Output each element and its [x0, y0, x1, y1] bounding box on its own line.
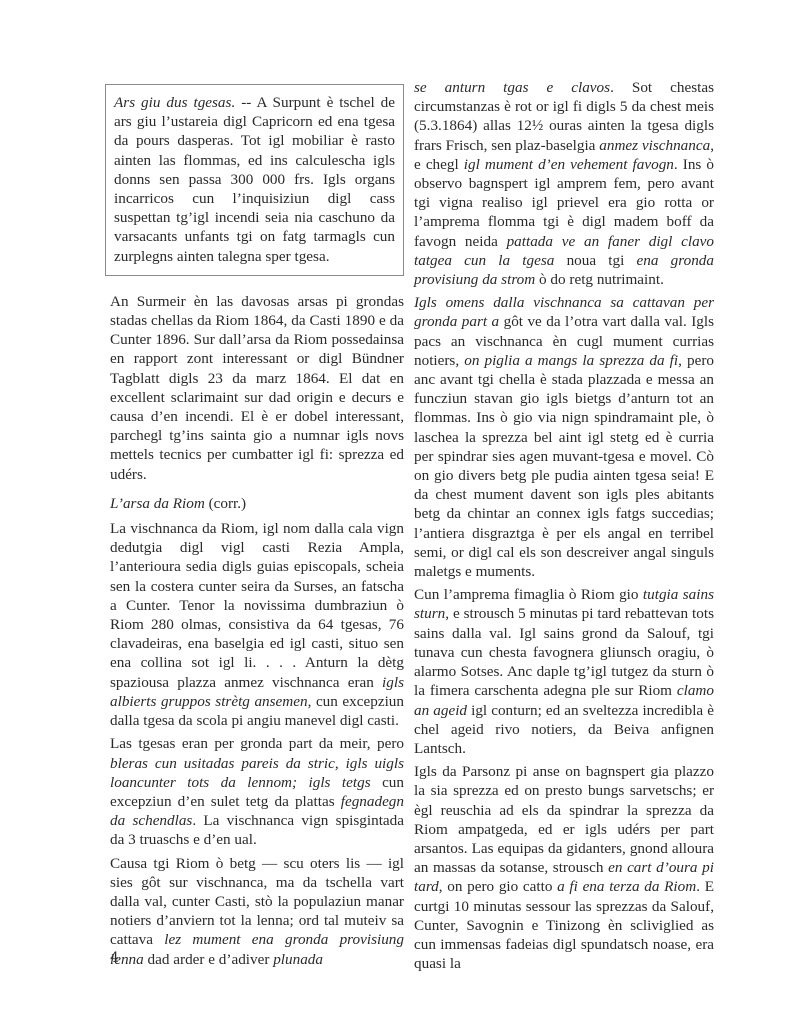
- section-heading-title: L’arsa da Riom: [110, 495, 205, 512]
- text-run: , on pero gio catto: [439, 878, 557, 895]
- paragraph-fire-engines: Igls da Parsonz pi anse on bagnspert gia…: [414, 762, 714, 973]
- text-run: , pero anc avant tgi chella è stada plaz…: [414, 352, 714, 580]
- emphasis-run: plunada: [273, 951, 323, 968]
- emphasis-run: bleras cun usitadas pareis da stric, igl…: [110, 755, 404, 791]
- notice-text: -- A Surpunt è tschel de ars giu l’ustar…: [114, 94, 395, 265]
- text-run: noua tgi: [554, 252, 636, 269]
- emphasis-run: on piglia a mangs la sprezza da fi: [464, 352, 678, 369]
- right-column: se anturn tgas e clavos. Sot chestas cir…: [414, 78, 714, 977]
- paragraph-fire-outbreak: se anturn tgas e clavos. Sot chestas cir…: [414, 78, 714, 289]
- left-column: Ars giu dus tgesas. -- A Surpunt è tsche…: [110, 84, 404, 973]
- text-run: ò do retg nutrimaint.: [535, 271, 664, 288]
- emphasis-run: a fi ena terza da Riom: [557, 878, 696, 895]
- text-run: La vischnanca da Riom, igl nom dalla cal…: [110, 520, 404, 691]
- section-heading: L’arsa da Riom (corr.): [110, 494, 404, 513]
- emphasis-run: igl mument d’en vehement favogn: [464, 156, 674, 173]
- intro-paragraph: An Surmeir èn las davosas arsas pi grond…: [110, 292, 404, 484]
- paragraph-houses: Las tgesas eran per gronda part da meir,…: [110, 734, 404, 849]
- notice-title: Ars giu dus tgesas.: [114, 94, 235, 111]
- news-notice-box: Ars giu dus tgesas. -- A Surpunt è tsche…: [105, 84, 404, 276]
- paragraph-wood-supply: Causa tgi Riom ò betg — scu oters lis — …: [110, 854, 404, 969]
- page-number: 4: [110, 950, 119, 966]
- emphasis-run: anmez vischnanca: [599, 137, 710, 154]
- paragraph-men-away: Igls omens dalla vischnanca sa cattavan …: [414, 293, 714, 581]
- section-heading-suffix: (corr.): [205, 495, 246, 512]
- text-run: dad arder e d’adiver: [144, 951, 273, 968]
- notice-paragraph: Ars giu dus tgesas. -- A Surpunt è tsche…: [114, 93, 395, 266]
- text-run: Las tgesas eran per gronda part da meir,…: [110, 735, 404, 752]
- text-run: Cun l’amprema fimaglia ò Riom gio: [414, 586, 643, 603]
- paragraph-riom-description: La vischnanca da Riom, igl nom dalla cal…: [110, 519, 404, 730]
- text-run: , e strousch 5 minutas pi tard rebatteva…: [414, 605, 714, 699]
- paragraph-alarm-bells: Cun l’amprema fimaglia ò Riom gio tutgia…: [414, 585, 714, 758]
- emphasis-run: se anturn tgas e clavos: [414, 79, 610, 96]
